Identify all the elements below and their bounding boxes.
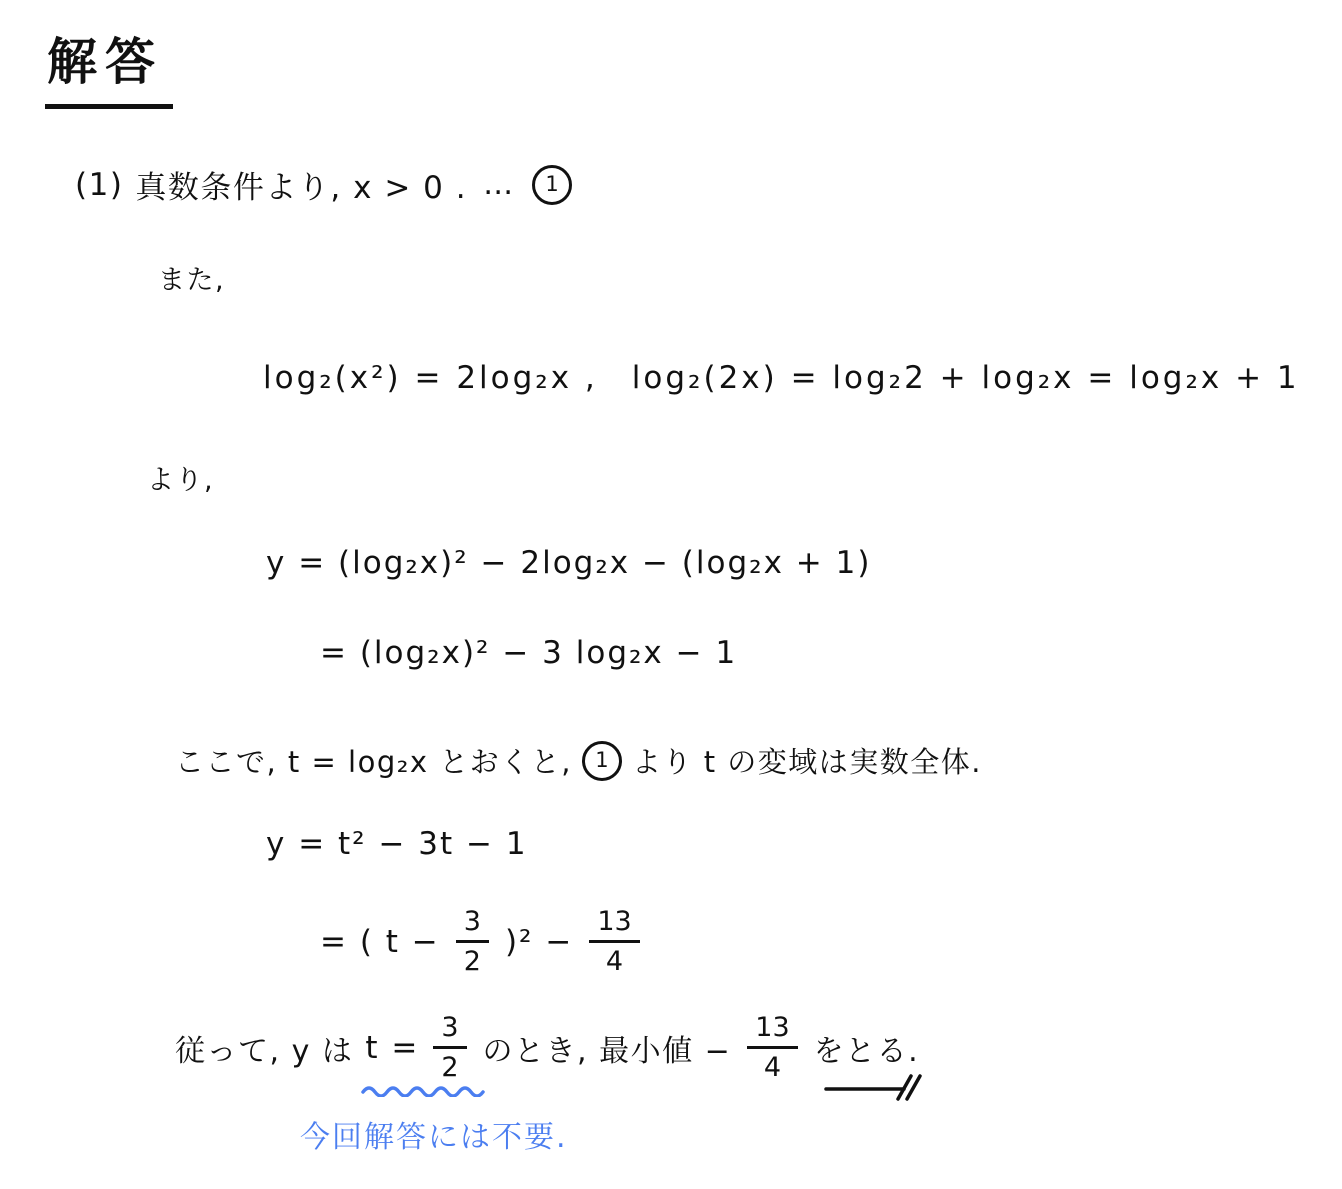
vertex-form-mid: )² −: [505, 924, 573, 960]
conclusion-tail: をとる.: [814, 1026, 920, 1070]
log-identity-equation: log₂(x²) = 2log₂x , log₂(2x) = log₂2 + l…: [263, 352, 1300, 397]
conclusion-mid: のとき, 最小値 −: [483, 1026, 732, 1070]
circled-number-1-icon: 1: [582, 741, 622, 781]
also-text: また,: [158, 258, 225, 297]
highlighted-t-value: t = 3 2: [365, 1014, 470, 1081]
conclusion-lead: 従って, y は: [175, 1026, 353, 1070]
condition-text: 真数条件より, x > 0 .: [135, 162, 467, 207]
page-title: 解答: [45, 22, 173, 109]
fraction-numerator: 13: [589, 908, 639, 943]
fraction-denominator: 4: [606, 943, 623, 975]
vertex-form-lead: = ( t −: [320, 924, 440, 960]
fraction-three-halves: 3 2: [456, 908, 489, 975]
circled-number-1-icon: 1: [532, 165, 572, 205]
conclusion-line: 従って, y は t = 3 2 のとき, 最小値 − 13 4 をとる.: [175, 1014, 919, 1081]
step-label: (1): [75, 167, 123, 203]
therefore-text: より,: [147, 458, 214, 497]
fraction-numerator: 3: [456, 908, 489, 943]
fraction-three-halves: 3 2: [433, 1014, 466, 1081]
fraction-denominator: 2: [441, 1049, 458, 1081]
end-of-proof-mark-icon: [822, 1072, 930, 1104]
t-equals-text: t =: [365, 1030, 419, 1066]
annotation-note: 今回解答には不要.: [300, 1112, 568, 1156]
fraction-denominator: 4: [764, 1049, 781, 1081]
expand-equation-line1: y = (log₂x)² − 2log₂x − (log₂x + 1): [266, 545, 871, 581]
fraction-denominator: 2: [464, 943, 481, 975]
fraction-numerator: 13: [747, 1014, 797, 1049]
wavy-underline-icon: [361, 1083, 485, 1097]
handwritten-solution-page: 解答 (1) 真数条件より, x > 0 . … 1 また, log₂(x²) …: [0, 0, 1342, 1189]
substitution-after-ref: より t の変域は実数全体.: [632, 740, 982, 781]
substitution-before-ref: ここで, t = log₂x とおくと,: [175, 740, 572, 781]
quadratic-equation: y = t² − 3t − 1: [266, 826, 528, 862]
expand-equation-line2: = (log₂x)² − 3 log₂x − 1: [320, 635, 737, 671]
fraction-thirteen-fourths: 13 4: [589, 908, 639, 975]
vertex-form-equation: = ( t − 3 2 )² − 13 4: [320, 908, 644, 975]
fraction-thirteen-fourths: 13 4: [747, 1014, 797, 1081]
substitution-line: ここで, t = log₂x とおくと, 1 より t の変域は実数全体.: [175, 740, 982, 781]
ellipsis-dots: …: [483, 167, 516, 202]
step1-condition-line: (1) 真数条件より, x > 0 . … 1: [75, 162, 572, 207]
fraction-numerator: 3: [433, 1014, 466, 1049]
